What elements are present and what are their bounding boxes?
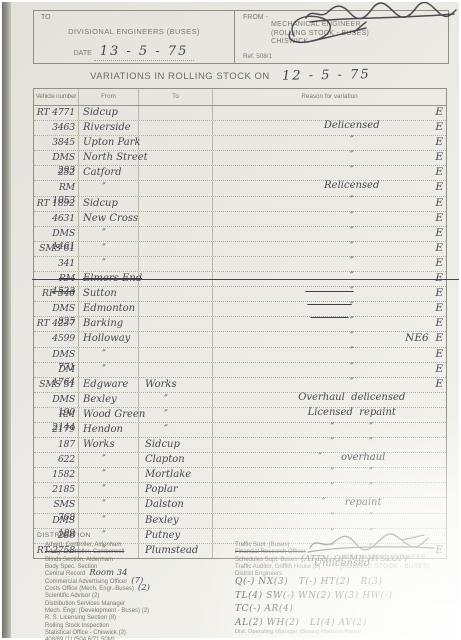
from-cell: New Cross <box>79 212 139 226</box>
vehicle-number-cell: DMS 825 <box>34 302 79 316</box>
to-cell: ″ <box>139 393 213 407</box>
table-row: DMS 825 Edmonton ″ E <box>34 302 446 317</box>
memo-to-cell: TO DIVISIONAL ENGINEERS (BUSES) DATE 13 … <box>34 11 235 63</box>
reason-cell: ″ ″ <box>213 423 446 437</box>
e-mark: E <box>435 242 443 255</box>
to-cell <box>139 302 213 316</box>
vehicle-number-cell: 4599 <box>34 332 79 346</box>
table-row: SMS 51 Edgware Works Overhaul delicensed… <box>34 378 446 393</box>
e-mark: E <box>435 106 443 119</box>
to-cell <box>139 227 213 241</box>
table-row: SMS 768 ″ Dalston ″ ″ <box>34 498 446 513</box>
vehicle-number-cell: RF 340 <box>34 287 79 301</box>
e-mark: E <box>435 136 443 149</box>
signature-block-line: MECHANICAL ENGINEER <box>320 554 450 563</box>
from-cell: Holloway <box>79 332 139 346</box>
table-row: DMS 190 Bexley ″ Licensed repaint <box>34 393 446 408</box>
distribution-item-text: Statistical Office - Chiswick (2) <box>45 630 126 636</box>
vehicle-number-cell: SMS 61 <box>34 242 79 256</box>
reason-cell: ″ E <box>213 136 446 150</box>
distribution-item: Traffic Supt. (Buses) <box>235 541 385 548</box>
vehicle-number-cell: RM 2144 <box>34 408 79 422</box>
to-cell: Dalston <box>139 498 213 512</box>
distribution-item: Mech. Engr. (Development - Buses) (2) <box>45 607 235 614</box>
to-cell <box>139 106 213 120</box>
distribution-item-text: Costs Office (Mech. Engr.-Buses) <box>45 586 134 592</box>
divisional-operating-manager-line: Divl. Operating Manager (Buses) Mansion … <box>235 629 361 635</box>
reason-cell: ″ E <box>213 317 446 331</box>
garage-code-line: AL(2) WH(2) LI(4) AV(2) <box>235 617 393 631</box>
e-mark: E <box>435 121 443 134</box>
table-body: RT 4771 Sidcup Delicensed E 3463 Riversi… <box>34 106 446 558</box>
to-cell: Sidcup <box>139 438 213 452</box>
e-mark: E <box>435 363 443 376</box>
from-cell: ″ <box>79 453 139 467</box>
vehicle-number-cell: DMS 1461 <box>34 227 79 241</box>
to-cell <box>139 363 213 377</box>
from-cell: ″ <box>79 483 139 497</box>
vehicle-number-cell: 3845 <box>34 136 79 150</box>
table-row: SMS 61 ″ ″ E <box>34 242 446 257</box>
col-header-from: From <box>79 89 139 105</box>
distribution-item-text: R. S. Licensing Section (8) <box>45 615 116 621</box>
reason-cell: ″ E <box>213 212 446 226</box>
e-mark: E <box>435 227 443 240</box>
page-title: VARIATIONS IN ROLLING STOCK ON 12 - 5 - … <box>2 66 459 84</box>
vehicle-number-cell: 4631 <box>34 212 79 226</box>
vehicle-number-cell: 2179 <box>34 423 79 437</box>
distribution-item: Blinds Section, Aldenham <box>45 556 235 563</box>
distribution-item-text: Mech. Engr. (Development - Buses) (2) <box>45 608 149 614</box>
from-address-line: CHISWICK <box>271 38 369 47</box>
distribution-item-text: Distribution Services Manager <box>45 601 125 607</box>
vehicle-number-cell: 1582 <box>34 468 79 482</box>
distribution-item-text: Scientific Advisor (2) <box>45 593 99 599</box>
reason-cell: ″ E <box>213 197 446 211</box>
to-label: TO <box>41 14 51 21</box>
to-cell <box>139 242 213 256</box>
e-mark: E <box>435 181 443 194</box>
rolling-stock-table: Vehicle number From To Reason for variat… <box>33 88 447 559</box>
e-mark: E <box>435 348 443 361</box>
memo-from-cell: FROM - MECHANICAL ENGINEER(ROLLING STOCK… <box>235 11 448 63</box>
to-cell: Clapton <box>139 453 213 467</box>
to-cell <box>139 136 213 150</box>
from-cell: Wood Green <box>79 408 139 422</box>
from-cell: Sidcup <box>79 197 139 211</box>
title-date-handwritten: 12 - 5 - 75 <box>282 67 371 84</box>
title-printed: VARIATIONS IN ROLLING STOCK ON <box>90 71 270 82</box>
table-row: 3845 Upton Park ″ E <box>34 136 446 151</box>
e-mark: E <box>435 197 443 210</box>
distribution-item: 408/69 (1) (504 6/71 50M) <box>45 636 235 640</box>
vehicle-number-cell: SMS 768 <box>34 498 79 512</box>
to-cell: ″ <box>139 408 213 422</box>
reason-cell: ″ E <box>213 257 446 271</box>
col-header-to: To <box>139 89 213 105</box>
date-line: DATE 13 - 5 - 75 <box>34 44 234 59</box>
table-row: 3463 Riverside ″ E <box>34 121 446 136</box>
distribution-item-text: Advtg. Controller, Camberwell <box>45 549 124 555</box>
distribution-item-text: Commercial Advertising Officer <box>45 579 127 585</box>
from-cell: Barking <box>79 317 139 331</box>
distribution-item-text: Blinds Section, Aldenham <box>45 557 113 563</box>
distribution-item-text: Schedules Supt. Buses <box>235 557 297 563</box>
distribution-item-text: Traffic Auditor, Griffith House (2) <box>235 564 320 570</box>
from-cell: ″ <box>79 348 139 362</box>
reason-cell: ″ NE6 E <box>213 332 446 346</box>
e-mark: E <box>435 287 443 300</box>
table-row: RM 1053 ″ ″ E <box>34 181 446 196</box>
reason-cell: ″ ″ <box>213 514 446 528</box>
vehicle-number-cell: 622 <box>34 453 79 467</box>
distribution-item-text: Advert. Controller, Aldenham <box>45 542 121 548</box>
from-cell: Edmonton <box>79 302 139 316</box>
garage-code-line: TL(4) SW(-) WN(2) W(3) HW(-) <box>235 590 393 604</box>
reason-cell: ″ E <box>213 272 446 286</box>
distribution-item-text: Rolling Stock Inspection <box>45 623 109 629</box>
vehicle-number-cell: 2185 <box>34 483 79 497</box>
from-cell: ″ <box>79 514 139 528</box>
e-mark: E <box>435 317 443 330</box>
vehicle-number-cell: DMS 293 <box>34 151 79 165</box>
reason-cell: ″ ″ <box>213 408 446 422</box>
reason-cell: ″ E <box>213 227 446 241</box>
to-cell <box>139 332 213 346</box>
from-cell: ″ <box>79 468 139 482</box>
table-row: DMS 1461 ″ ″ E <box>34 227 446 242</box>
vehicle-number-cell: 252 <box>34 166 79 180</box>
to-cell <box>139 317 213 331</box>
vehicle-number-cell: RM 1523 <box>34 272 79 286</box>
table-row: DMS 189 ″ Bexley ″ ″ <box>34 514 446 529</box>
reason-cell: ″ ″ <box>213 453 446 467</box>
from-cell: Sidcup <box>79 106 139 120</box>
to-cell <box>139 197 213 211</box>
from-address-line: MECHANICAL ENGINEER <box>271 21 369 30</box>
vehicle-number-cell: RT 4237 <box>34 317 79 331</box>
table-row: 341 ″ ″ E <box>34 257 446 272</box>
vehicle-number-cell: 187 <box>34 438 79 452</box>
reason-cell: ″ E <box>213 242 446 256</box>
from-cell: Works <box>79 438 139 452</box>
reason-cell: ″ ″ <box>213 468 446 482</box>
reason-cell: Licensed repaint <box>213 393 446 407</box>
e-mark: E <box>435 257 443 270</box>
vehicle-number-cell: DMS 771 <box>34 348 79 362</box>
handwritten-note: Room 34 <box>89 568 127 578</box>
from-cell: ″ <box>79 227 139 241</box>
date-label: DATE <box>74 50 92 57</box>
vehicle-number-cell: RT 4771 <box>34 106 79 120</box>
table-row: 252 Catford Relicensed E <box>34 166 446 181</box>
from-cell: Bexley <box>79 393 139 407</box>
to-cell: ″ <box>139 423 213 437</box>
handwritten-garage-codes: Q(-) NX(3) T(-) HT(2) R(3)TL(4) SW(-) WN… <box>235 576 393 630</box>
table-row: 1582 ″ Mortlake ″ ″ <box>34 468 446 483</box>
distribution-item-text: Traffic Supt. (Buses) <box>235 542 289 548</box>
from-label: FROM - <box>243 14 268 21</box>
from-cell: Elmers End <box>79 272 139 286</box>
e-mark: E <box>435 166 443 179</box>
distribution-item-text: Financial Research Officer <box>235 549 306 555</box>
table-row: DM 1764 ″ ″ E <box>34 363 446 378</box>
from-cell: Sutton <box>79 287 139 301</box>
reason-cell: ″ E <box>213 348 446 362</box>
from-cell: ″ <box>79 181 139 195</box>
garage-code-line: Q(-) NX(3) T(-) HT(2) R(3) <box>235 576 393 590</box>
distribution-item: Statistical Office - Chiswick (2) <box>45 629 235 636</box>
reason-cell: Overhaul delicensed E <box>213 378 446 392</box>
table-row: RT 4771 Sidcup Delicensed E <box>34 106 446 121</box>
to-cell <box>139 212 213 226</box>
vehicle-number-cell: 3463 <box>34 121 79 135</box>
reason-cell: ″ E <box>213 302 446 316</box>
distribution-item: Advtg. Controller, Camberwell <box>45 548 235 555</box>
distribution-item: Body Spec. Section <box>45 563 235 570</box>
from-address-line: (ROLLING STOCK - BUSES) <box>271 30 369 39</box>
signature-block-line: (ROLLING STOCK - BUSES) <box>320 563 450 572</box>
distribution-item: Scientific Advisor (2) <box>45 592 235 599</box>
memo-header-box: TO DIVISIONAL ENGINEERS (BUSES) DATE 13 … <box>33 10 449 64</box>
scanned-photo-frame: TO DIVISIONAL ENGINEERS (BUSES) DATE 13 … <box>0 0 461 640</box>
to-cell <box>139 181 213 195</box>
table-row: RM 1523 Elmers End ″ E <box>34 272 446 287</box>
table-row: 4599 Holloway ″ NE6 E <box>34 332 446 347</box>
scan-edge-left <box>2 2 11 638</box>
to-cell: Poplar <box>139 483 213 497</box>
table-row: RT 1892 Sidcup ″ E <box>34 197 446 212</box>
reason-cell: Delicensed E <box>213 106 446 120</box>
scanned-form-page: TO DIVISIONAL ENGINEERS (BUSES) DATE 13 … <box>2 2 459 638</box>
e-mark: NE6 E <box>405 332 443 345</box>
table-row: 622 ″ Clapton ″ ″ <box>34 453 446 468</box>
from-cell: ″ <box>79 498 139 512</box>
reason-cell: ″ overhaul <box>213 438 446 452</box>
to-cell: Works <box>139 378 213 392</box>
ref-number: Ref. 508/1 <box>243 53 272 60</box>
to-value: DIVISIONAL ENGINEERS (BUSES) <box>34 27 234 36</box>
to-cell <box>139 348 213 362</box>
to-cell <box>139 166 213 180</box>
reason-cell: ″ ″ <box>213 498 446 512</box>
col-header-vehicle-number: Vehicle number <box>34 89 79 105</box>
reason-cell: ″ E <box>213 181 446 195</box>
from-cell: ″ <box>79 363 139 377</box>
from-cell: Catford <box>79 166 139 180</box>
signature-block: MECHANICAL ENGINEER(ROLLING STOCK - BUSE… <box>320 554 450 571</box>
e-mark: E <box>435 212 443 225</box>
date-handwritten: 13 - 5 - 75 <box>94 44 195 61</box>
e-mark: E <box>435 151 443 164</box>
distribution-item: R. S. Licensing Section (8) <box>45 614 235 621</box>
reason-cell: ″ E <box>213 121 446 135</box>
reason-cell: Relicensed E <box>213 166 446 180</box>
reason-cell: ″ E <box>213 363 446 377</box>
table-row: RF 340 Sutton ″ E <box>34 287 446 302</box>
e-mark: E <box>435 272 443 285</box>
from-cell: ″ <box>79 257 139 271</box>
to-cell <box>139 287 213 301</box>
e-mark: E <box>435 378 443 391</box>
table-row: 187 Works Sidcup ″ overhaul <box>34 438 446 453</box>
from-cell: ″ <box>79 242 139 256</box>
vehicle-number-cell: SMS 51 <box>34 378 79 392</box>
table-header-row: Vehicle number From To Reason for variat… <box>34 89 446 106</box>
table-row: 2185 ″ Poplar ″ repaint <box>34 483 446 498</box>
from-address: MECHANICAL ENGINEER(ROLLING STOCK - BUSE… <box>271 21 369 47</box>
table-row: RT 4237 Barking ″ E <box>34 317 446 332</box>
distribution-item: Advert. Controller, Aldenham <box>45 541 235 548</box>
vehicle-number-cell: DMS 189 <box>34 514 79 528</box>
table-row: 4631 New Cross ″ E <box>34 212 446 227</box>
from-cell: Edgware <box>79 378 139 392</box>
garage-code-line: TC(-) AR(4) <box>235 603 393 617</box>
vehicle-number-cell: RM 1053 <box>34 181 79 195</box>
distribution-list-left: Advert. Controller, Aldenham Advtg. Cont… <box>45 541 235 640</box>
to-cell: Mortlake <box>139 468 213 482</box>
from-cell: Upton Park <box>79 136 139 150</box>
vehicle-number-cell: RT 1892 <box>34 197 79 211</box>
from-cell: North Street <box>79 151 139 165</box>
from-cell: Hendon <box>79 423 139 437</box>
to-cell: Bexley <box>139 514 213 528</box>
table-row: DMS 293 North Street ″ E <box>34 151 446 166</box>
table-row: 2179 Hendon ″ ″ ″ <box>34 423 446 438</box>
distribution-item: Costs Office (Mech. Engr.-Buses)(2) <box>45 585 235 592</box>
distribution-heading: DISTRIBUTION <box>37 532 91 539</box>
vehicle-number-cell: DM 1764 <box>34 363 79 377</box>
to-cell <box>139 151 213 165</box>
to-cell <box>139 121 213 135</box>
table-row: DMS 771 ″ ″ E <box>34 348 446 363</box>
distribution-item: Distribution Services Manager <box>45 600 235 607</box>
vehicle-number-cell: DMS 190 <box>34 393 79 407</box>
table-row: RM 2144 Wood Green ″ ″ ″ <box>34 408 446 423</box>
vehicle-number-cell: 341 <box>34 257 79 271</box>
reason-cell: ″ repaint <box>213 483 446 497</box>
distribution-item: Rolling Stock Inspection <box>45 622 235 629</box>
distribution-item-text: Central Record <box>45 571 85 577</box>
to-cell <box>139 257 213 271</box>
to-cell <box>139 272 213 286</box>
reason-cell: ″ E <box>213 287 446 301</box>
e-mark: E <box>435 302 443 315</box>
col-header-reason: Reason for variation <box>213 89 446 105</box>
from-cell: Riverside <box>79 121 139 135</box>
handwritten-note: (2) <box>138 583 150 593</box>
reason-cell: ″ E <box>213 151 446 165</box>
